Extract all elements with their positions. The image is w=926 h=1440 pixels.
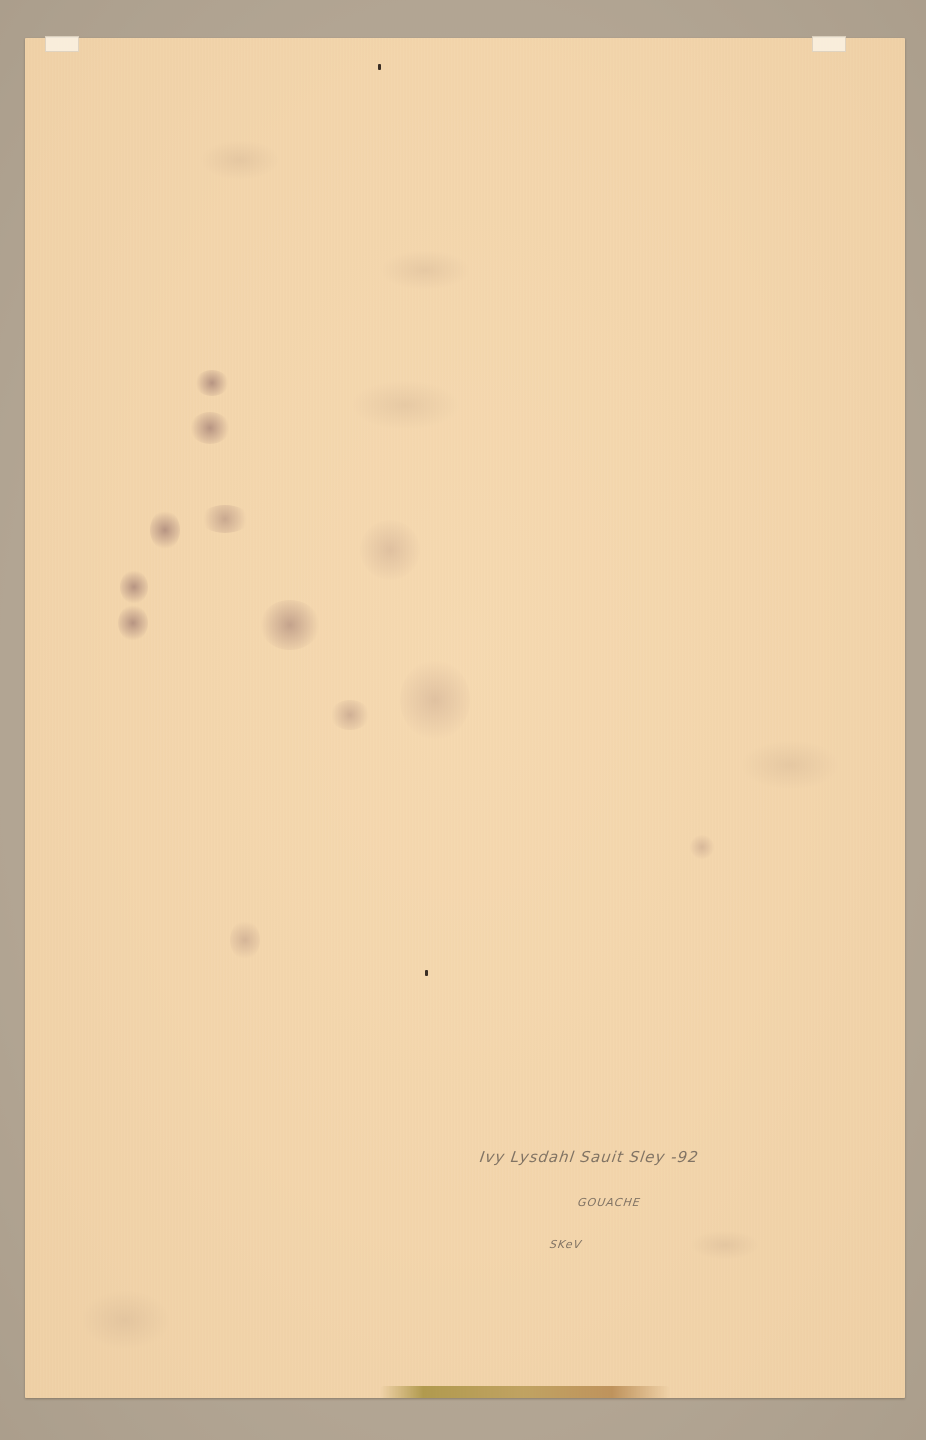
speckle xyxy=(150,510,180,550)
speckle xyxy=(330,700,370,730)
speckle xyxy=(200,505,250,533)
speckle xyxy=(230,920,260,960)
smudge xyxy=(80,1290,170,1350)
smudge xyxy=(350,380,460,430)
speckle xyxy=(190,412,230,444)
hinge-tape-left xyxy=(45,36,79,52)
speckle xyxy=(195,370,229,396)
edge-stain xyxy=(380,1386,670,1398)
smudge xyxy=(200,140,280,180)
speckle xyxy=(400,660,470,740)
smudge xyxy=(380,250,470,290)
speckle xyxy=(118,605,148,641)
pencil-mark xyxy=(425,970,428,976)
smudge xyxy=(740,740,840,790)
hinge-tape-right xyxy=(812,36,846,52)
inscription-signature: SKeV xyxy=(549,1238,583,1251)
inscription-medium: GOUACHE xyxy=(577,1196,641,1209)
speckle xyxy=(690,835,714,859)
speckle xyxy=(260,600,320,650)
speckle xyxy=(120,570,148,604)
speckle xyxy=(360,520,420,580)
pencil-mark xyxy=(378,64,381,70)
smudge xyxy=(690,1230,760,1260)
inscription-title: Ivy Lysdahl Sauit Sley -92 xyxy=(479,1148,700,1166)
